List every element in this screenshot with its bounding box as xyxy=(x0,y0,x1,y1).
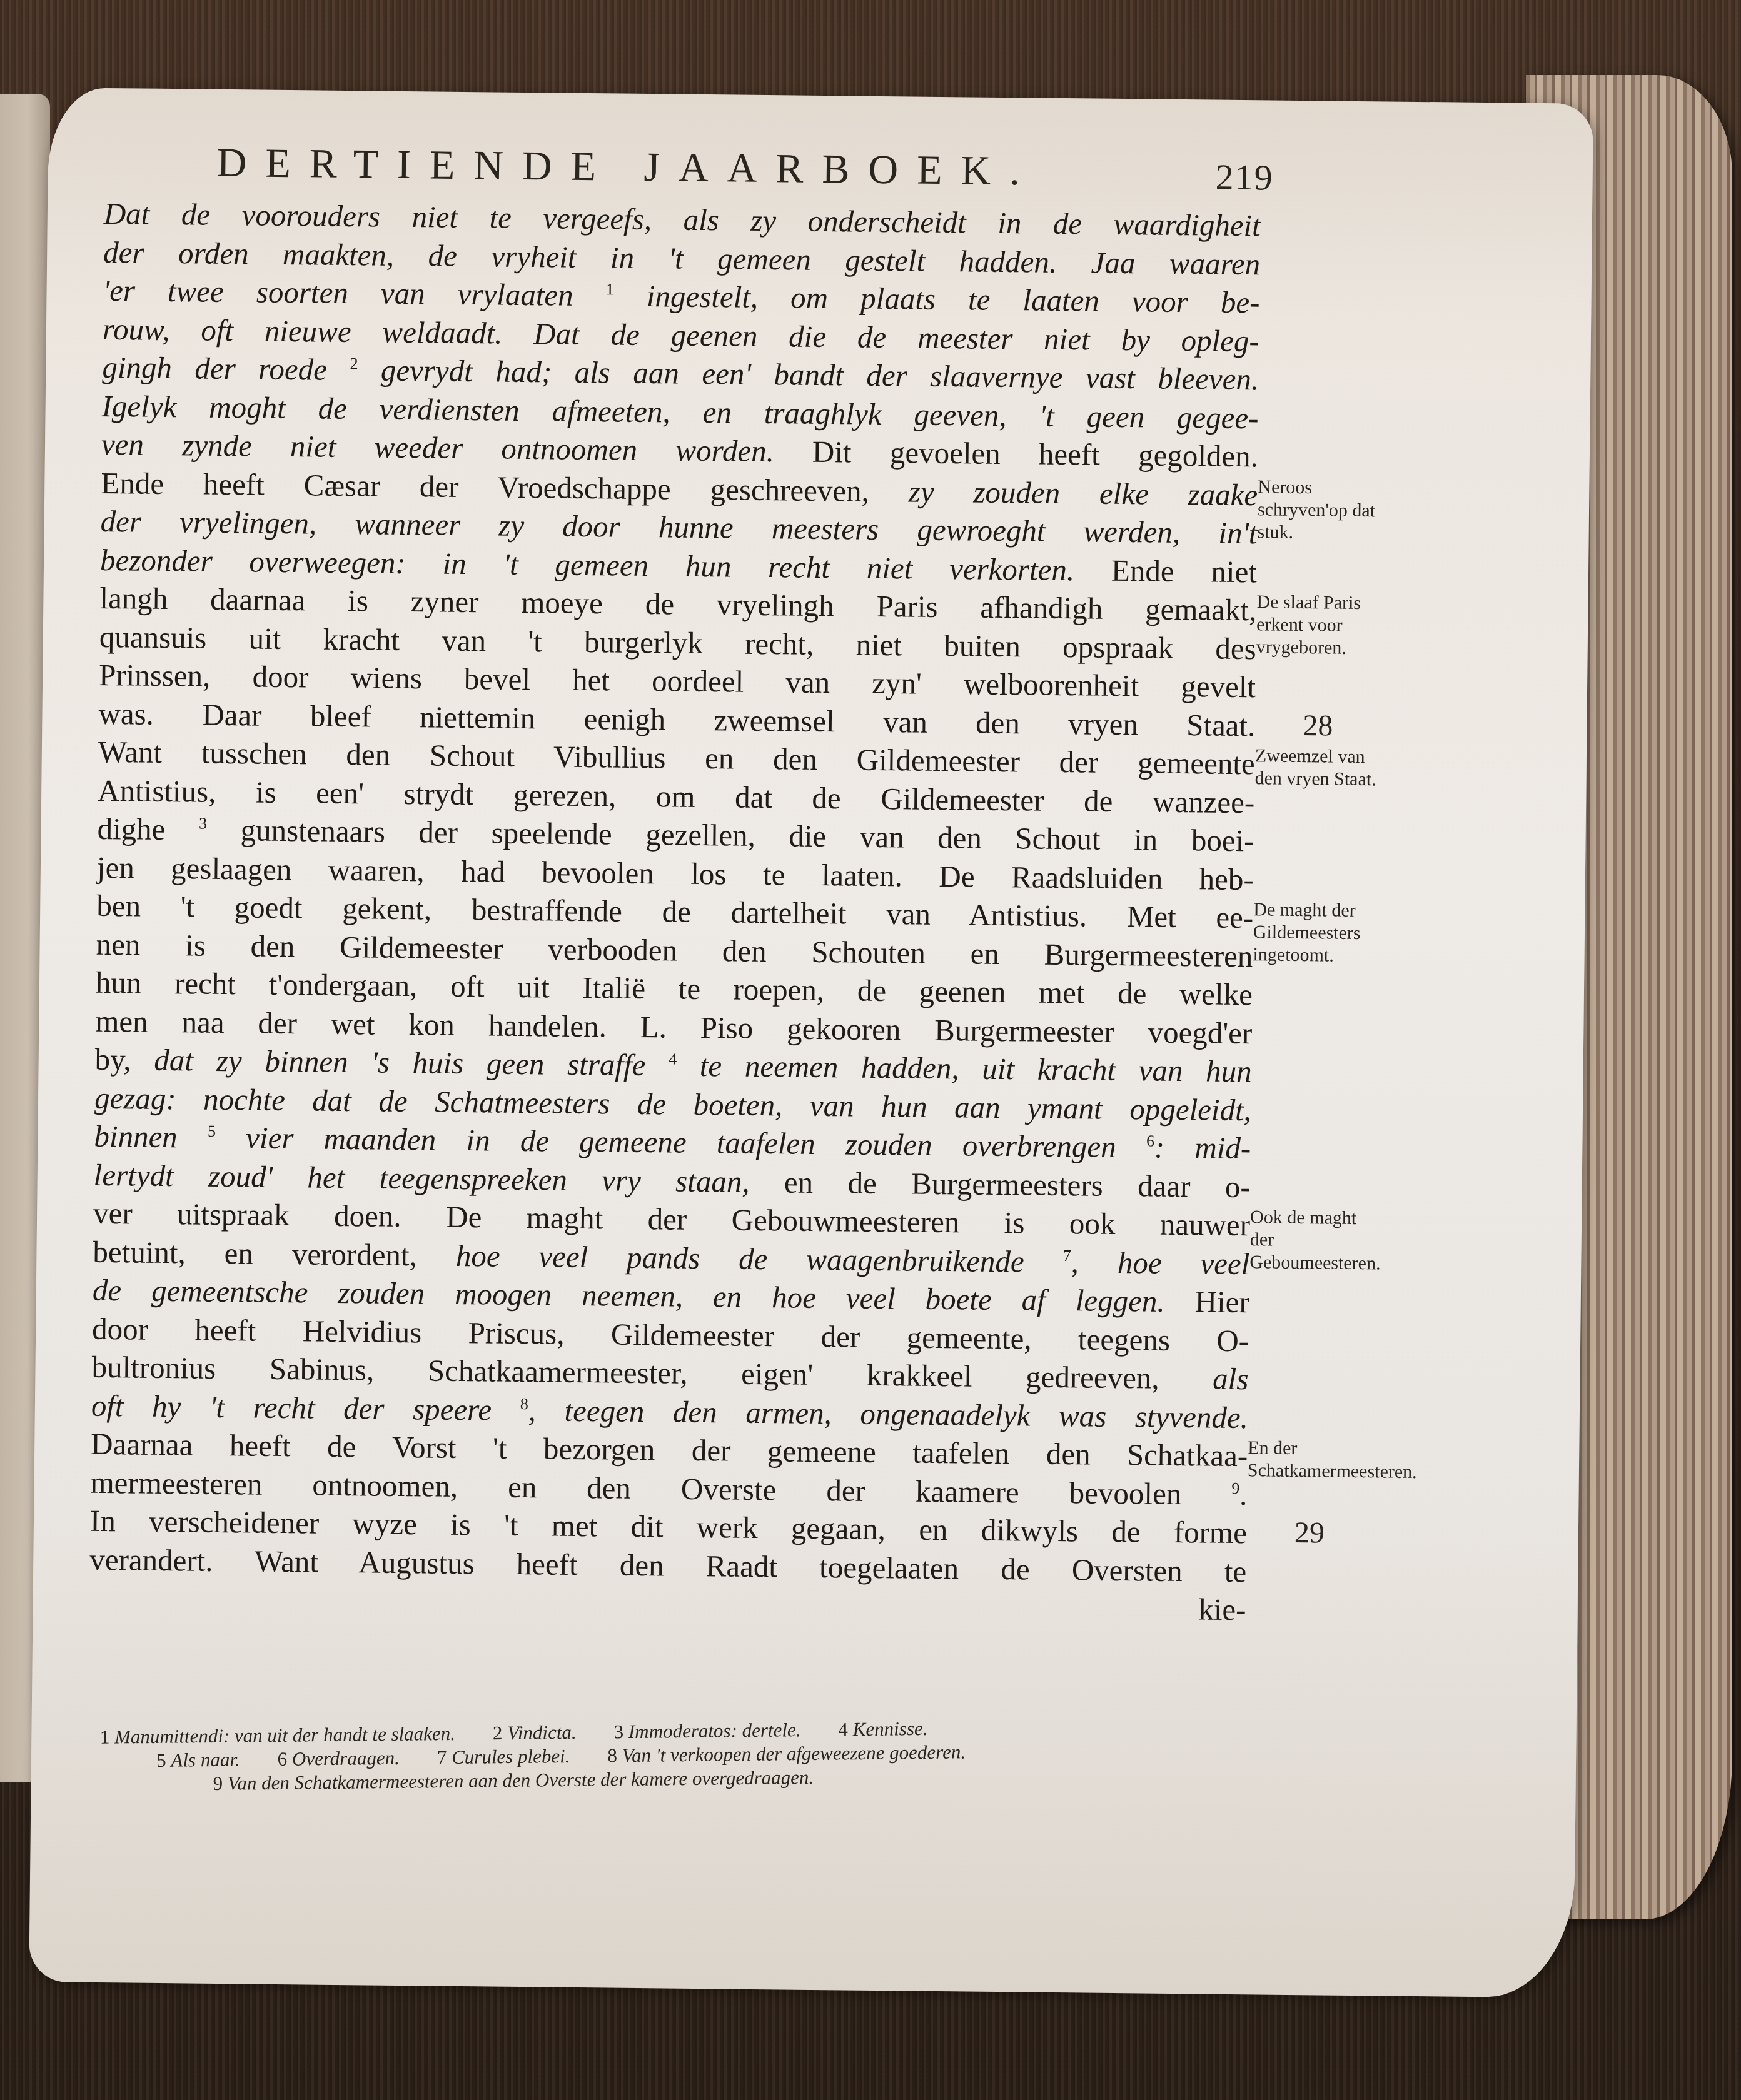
footnote: 7 Curules plebei. xyxy=(437,1745,570,1768)
footnote-text: Manumittendi: van uit der handt te slaak… xyxy=(114,1722,455,1748)
roman-text: en de Burgermeesters daar o- xyxy=(784,1165,1251,1204)
footnote-marker: 3 xyxy=(199,815,207,833)
footnote-text: Kennisse. xyxy=(852,1717,927,1740)
margin-note: De maght der Gildemeesters ingetoomt. xyxy=(1253,898,1378,967)
roman-text: betuint, en verordent, xyxy=(93,1234,456,1272)
footnote-text: Vindicta. xyxy=(507,1721,577,1744)
footnote-number: 6 xyxy=(277,1748,292,1770)
roman-text: Hier xyxy=(1194,1284,1249,1319)
italic-text: gingh der roede xyxy=(102,350,350,387)
margin-note: Zweemzel van den vryen Staat. xyxy=(1254,745,1380,791)
italic-text: : mid- xyxy=(1154,1130,1251,1166)
italic-text: oft hy 't recht der speere xyxy=(91,1388,520,1427)
footnote-number: 2 xyxy=(493,1722,508,1744)
margin-note: Neroos schryven'op dat stuk. xyxy=(1257,476,1383,545)
roman-text: Ende heeft Cæsar der Vroedschappe geschr… xyxy=(101,465,909,508)
margin-notes: Neroos schryven'op dat stuk.De slaaf Par… xyxy=(49,88,1593,104)
italic-text: zy zouden elke zaake xyxy=(908,474,1258,512)
footnote-marker: 4 xyxy=(669,1050,677,1068)
footnote-number: 3 xyxy=(614,1721,629,1742)
footnote-marker: 8 xyxy=(520,1395,528,1413)
footnote: 2 Vindicta. xyxy=(493,1721,577,1744)
margin-note: En der Schatkamermeesteren. xyxy=(1248,1437,1373,1483)
italic-text: 'er twee soorten van vrylaaten xyxy=(103,273,606,313)
footnote-number: 5 xyxy=(156,1749,171,1771)
footnote-text: Overdraagen. xyxy=(292,1747,400,1770)
footnotes: 1 Manumittendi: van uit der handt te sla… xyxy=(100,1714,1226,1797)
italic-text: vier maanden in de gemeene taafelen zoud… xyxy=(216,1120,1147,1165)
italic-text: dat zy binnen 's huis geen straffe xyxy=(154,1043,669,1083)
roman-text: Ende niet xyxy=(1111,553,1258,588)
footnote-text: Curules plebei. xyxy=(452,1745,570,1768)
roman-text: dighe xyxy=(97,811,199,847)
italic-text: , hoe veel xyxy=(1071,1245,1249,1281)
footnote-text: Van 't verkoopen der afgeweezene goedere… xyxy=(622,1741,966,1766)
footnote: 1 Manumittendi: van uit der handt te sla… xyxy=(100,1722,456,1748)
roman-text: by, xyxy=(94,1042,154,1077)
roman-text: . xyxy=(1239,1477,1248,1512)
footnote: 5 Als naar. xyxy=(156,1749,240,1771)
page-number: 219 xyxy=(1215,156,1274,199)
footnote: 6 Overdraagen. xyxy=(277,1747,400,1770)
margin-note: De slaaf Paris erkent voor vrygeboren. xyxy=(1256,591,1382,660)
margin-note: Ook de maght der Geboumeesteren. xyxy=(1249,1206,1375,1275)
running-head-title: DERTIENDE JAARBOEK. xyxy=(216,139,1039,196)
footnote-number: 8 xyxy=(607,1744,622,1766)
footnote-marker: 7 xyxy=(1063,1247,1071,1265)
section-number: 29 xyxy=(1247,1514,1373,1552)
section-number-label: 28 xyxy=(1255,706,1381,745)
footnote: 3 Immoderatos: dertele. xyxy=(614,1719,801,1742)
body-text: Dat de voorouders niet te vergeefs, als … xyxy=(89,194,1261,1629)
footnote-text: Van den Schatkamermeesteren aan den Over… xyxy=(228,1766,814,1794)
italic-text: lertydt zoud' het teegenspreeken vry sta… xyxy=(94,1157,785,1199)
roman-text: kie- xyxy=(1198,1592,1246,1627)
italic-text: gevrydt had; als aan een' bandt der slaa… xyxy=(358,353,1259,396)
book-page: DERTIENDE JAARBOEK. 219 Dat de voorouder… xyxy=(29,88,1593,1998)
footnote: 4 Kennisse. xyxy=(838,1717,927,1740)
italic-text: ingestelt, om plaats te laaten voor be- xyxy=(614,278,1260,319)
footnote-text: Immoderatos: dertele. xyxy=(628,1719,801,1742)
italic-text: ven zynde niet weeder ontnoomen worden. xyxy=(101,427,813,469)
section-number-label: 29 xyxy=(1247,1514,1373,1552)
footnote-marker: 1 xyxy=(606,280,614,298)
footnote-text: Als naar. xyxy=(171,1749,240,1771)
footnote-marker: 2 xyxy=(350,354,358,373)
footnote-number: 7 xyxy=(437,1746,452,1768)
footnote-marker: 9 xyxy=(1231,1479,1239,1497)
footnote: 9 Van den Schatkamermeesteren aan den Ov… xyxy=(213,1766,814,1794)
section-number: 28 xyxy=(1255,706,1381,745)
footnote-number: 4 xyxy=(838,1718,853,1740)
italic-text: binnen xyxy=(94,1119,208,1155)
footnote-marker: 6 xyxy=(1146,1132,1154,1150)
footnote-marker: 5 xyxy=(208,1122,216,1140)
roman-text: Dit gevoelen heeft gegolden. xyxy=(812,435,1258,473)
italic-text: als xyxy=(1213,1362,1249,1397)
italic-text: hoe veel pands de waagenbruikende xyxy=(456,1238,1063,1279)
footnote: 8 Van 't verkoopen der afgeweezene goede… xyxy=(607,1741,966,1766)
footnote-number: 1 xyxy=(100,1726,115,1748)
italic-text: te neemen hadden, uit kracht van hun xyxy=(677,1048,1252,1089)
italic-text: , teegen den armen, ongenaadelyk was sty… xyxy=(528,1393,1248,1435)
footnote-number: 9 xyxy=(213,1772,228,1794)
